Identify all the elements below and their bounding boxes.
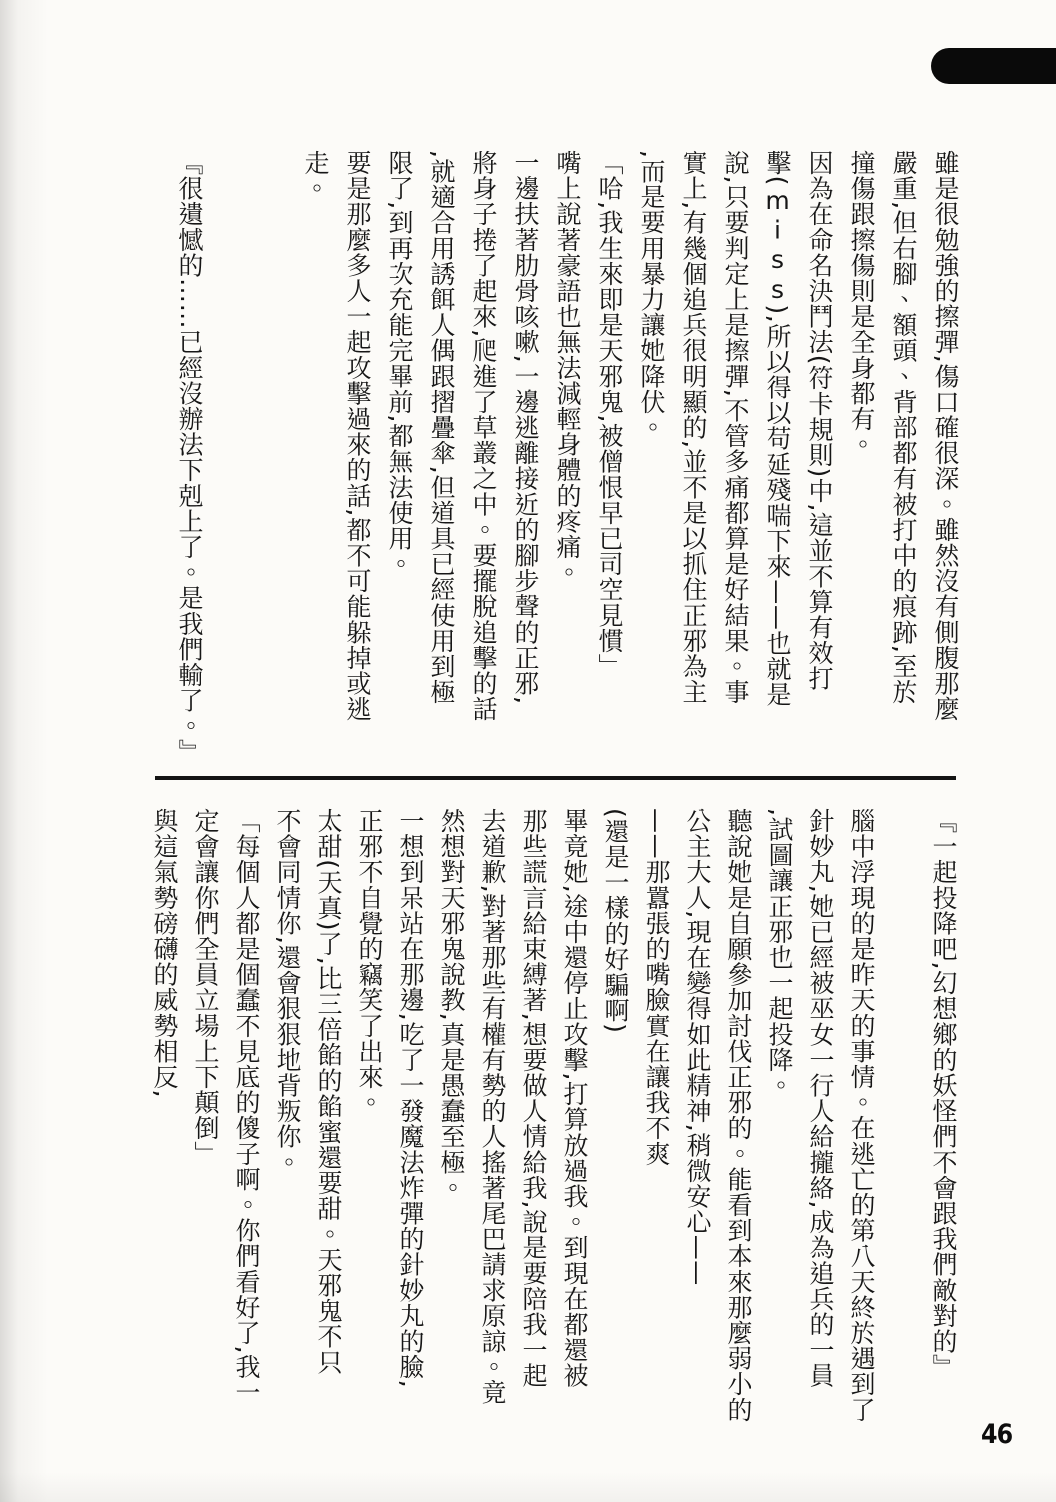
bottom-text-block: 『一起投降吧,幻想鄉的妖怪們不會跟我們敵對的』腦中浮現的是昨天的事情。在逃亡的第…	[144, 808, 964, 1422]
vertical-text-column: 要是那麼多人一起攻擊過來的話,都不可能躲掉或逃	[336, 150, 378, 764]
vertical-text-column: 太甜(天真)了,比三倍餡的餡蜜還要甜。天邪鬼不只	[308, 808, 349, 1422]
vertical-text-column: (還是一樣的好騙啊)	[595, 808, 636, 1422]
vertical-text-column: 擊(miss),所以得以苟延殘喘下來——也就是	[756, 150, 798, 764]
vertical-text-column: 限了,到再次充能完畢前,都無法使用。	[378, 150, 420, 764]
vertical-text-column: 嚴重,但右腳、額頭、背部都有被打中的痕跡,至於	[882, 150, 924, 764]
column-spacer	[882, 808, 923, 1422]
vertical-text-column: 公主大人,現在變得如此精神,稍微安心——	[677, 808, 718, 1422]
vertical-text-column: 「每個人都是個蠢不見底的傻子啊。你們看好了,我一	[226, 808, 267, 1422]
latin-upright-text: miss	[763, 186, 792, 304]
vertical-text-column: 嘴上說著豪語也無法減輕身體的疼痛。	[546, 150, 588, 764]
vertical-text-column: 去道歉,對著那些有權有勢的人搖著尾巴請求原諒。竟	[472, 808, 513, 1422]
vertical-text-column: 走。	[294, 150, 336, 764]
vertical-text-column: 『一起投降吧,幻想鄉的妖怪們不會跟我們敵對的』	[923, 808, 964, 1422]
column-spacer	[252, 150, 294, 764]
vertical-text-column: 一想到呆站在那邊,吃了一發魔法炸彈的針妙丸的臉,	[390, 808, 431, 1422]
top-text-block: 雖是很勉強的擦彈,傷口確很深。雖然沒有側腹那麼嚴重,但右腳、額頭、背部都有被打中…	[168, 150, 966, 764]
vertical-text-column: 一邊扶著肋骨咳嗽,一邊逃離接近的腳步聲的正邪,	[504, 150, 546, 764]
vertical-text-column: 正邪不自覺的竊笑了出來。	[349, 808, 390, 1422]
vertical-text-column: 針妙丸,她已經被巫女一行人給攏絡,成為追兵的一員	[800, 808, 841, 1422]
vertical-text-column: 然想對天邪鬼說教,真是愚蠢至極。	[431, 808, 472, 1422]
vertical-text-column: 『很遺憾的……已經沒辦法下剋上了。是我們輸了。』	[168, 150, 210, 764]
vertical-text-column: 畢竟她,途中還停止攻擊,打算放過我。到現在都還被	[554, 808, 595, 1422]
vertical-text-column: 聽說她是自願參加討伐正邪的。能看到本來那麼弱小的	[718, 808, 759, 1422]
vertical-text-column: 那些謊言給束縛著,想要做人情給我,說是要陪我一起	[513, 808, 554, 1422]
vertical-text-column: 雖是很勉強的擦彈,傷口確很深。雖然沒有側腹那麼	[924, 150, 966, 764]
vertical-text-column: 將身子捲了起來,爬進了草叢之中。要擺脫追擊的話	[462, 150, 504, 764]
section-divider	[155, 776, 956, 780]
vertical-text-column: ——那囂張的嘴臉實在讓我不爽	[636, 808, 677, 1422]
vertical-text-column: 實上,有幾個追兵很明顯的,並不是以抓住正邪為主	[672, 150, 714, 764]
vertical-text-column: ,而是要用暴力讓她降伏。	[630, 150, 672, 764]
corner-tab-mark	[931, 48, 1056, 84]
column-spacer	[210, 150, 252, 764]
vertical-text-column: 說,只要判定上是擦彈,不管多痛都算是好結果。事	[714, 150, 756, 764]
vertical-text-column: 「哈,我生來即是天邪鬼,被僧恨早已司空見慣」	[588, 150, 630, 764]
vertical-text-column: 腦中浮現的是昨天的事情。在逃亡的第八天終於遇到了	[841, 808, 882, 1422]
vertical-text-column: ,就適合用誘餌人偶跟摺疊傘,但道具已經使用到極	[420, 150, 462, 764]
vertical-text-column: 因為在命名決鬥法(符卡規則)中,這並不算有效打	[798, 150, 840, 764]
vertical-text-column: 定會讓你們全員立場上下顛倒」	[185, 808, 226, 1422]
vertical-text-column: 與這氣勢磅礴的威勢相反,	[144, 808, 185, 1422]
page: 雖是很勉強的擦彈,傷口確很深。雖然沒有側腹那麼嚴重,但右腳、額頭、背部都有被打中…	[0, 0, 1056, 1502]
vertical-text-column: 不會同情你,還會狠狠地背叛你。	[267, 808, 308, 1422]
vertical-text-column: ,試圖讓正邪也一起投降。	[759, 808, 800, 1422]
page-number: 46	[981, 1419, 1018, 1450]
vertical-text-column: 撞傷跟擦傷則是全身都有。	[840, 150, 882, 764]
